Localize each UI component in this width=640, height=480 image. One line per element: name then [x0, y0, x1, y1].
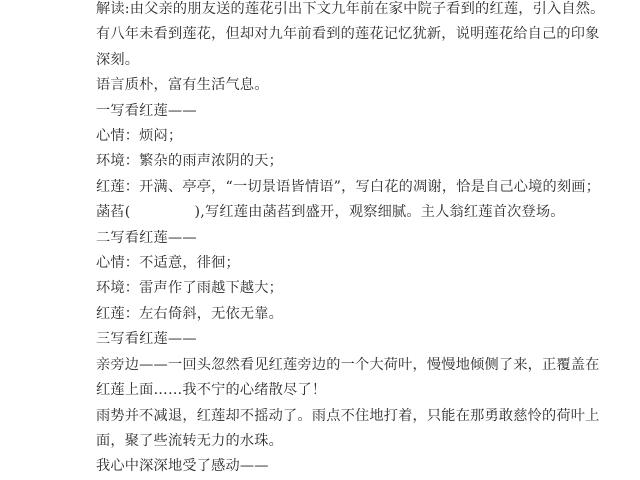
section-1-title: 一写看红莲——	[96, 99, 548, 124]
bud-prefix: 菡萏(	[96, 204, 131, 220]
section-1-mood: 心情：烦闷；	[96, 124, 548, 149]
section-1-environment: 环境：繁杂的雨声浓阴的天；	[96, 149, 548, 174]
analysis-line-2: 有八年未看到莲花，但却对九年前看到的莲花记忆犹新，说明莲花给自己的印象	[96, 22, 548, 47]
section-3-moved: 我心中深深地受了感动——	[96, 454, 548, 479]
analysis-line-1: 解读:由父亲的朋友送的莲花引出下文九年前在家中院子看到的红莲，引入自然。	[96, 0, 548, 22]
section-1-bud-line: 菡萏(),写红莲由菡萏到盛开，观察细腻。主人翁红莲首次登场。	[96, 200, 548, 225]
section-2-title: 二写看红莲——	[96, 226, 548, 251]
section-2-lotus: 红莲：左右倚斜，无依无靠。	[96, 302, 548, 327]
section-3-title: 三写看红莲——	[96, 327, 548, 352]
section-3-leaf-line-1: 亲旁边——一回头忽然看见红莲旁边的一个大荷叶，慢慢地倾侧了来，正覆盖在	[96, 353, 548, 378]
document-page: 解读:由父亲的朋友送的莲花引出下文九年前在家中院子看到的红莲，引入自然。 有八年…	[96, 0, 548, 480]
section-3-rain-line-2: 面，聚了些流转无力的水珠。	[96, 429, 548, 454]
language-note: 语言质朴，富有生活气息。	[96, 73, 548, 98]
analysis-line-3: 深刻。	[96, 48, 548, 73]
section-1-lotus: 红莲：开满、亭亭，“一切景语皆情语”，写白花的凋谢，恰是自己心境的刻画；	[96, 175, 548, 200]
section-2-mood: 心情：不适意，徘徊；	[96, 251, 548, 276]
section-3-rain-line-1: 雨势并不减退，红莲却不摇动了。雨点不住地打着，只能在那勇敢慈怜的荷叶上	[96, 404, 548, 429]
section-2-environment: 环境：雷声作了雨越下越大；	[96, 276, 548, 301]
bud-suffix: ),写红莲由菡萏到盛开，观察细腻。主人翁红莲首次登场。	[195, 204, 565, 220]
section-3-leaf-line-2: 红莲上面……我不宁的心绪散尽了！	[96, 378, 548, 403]
